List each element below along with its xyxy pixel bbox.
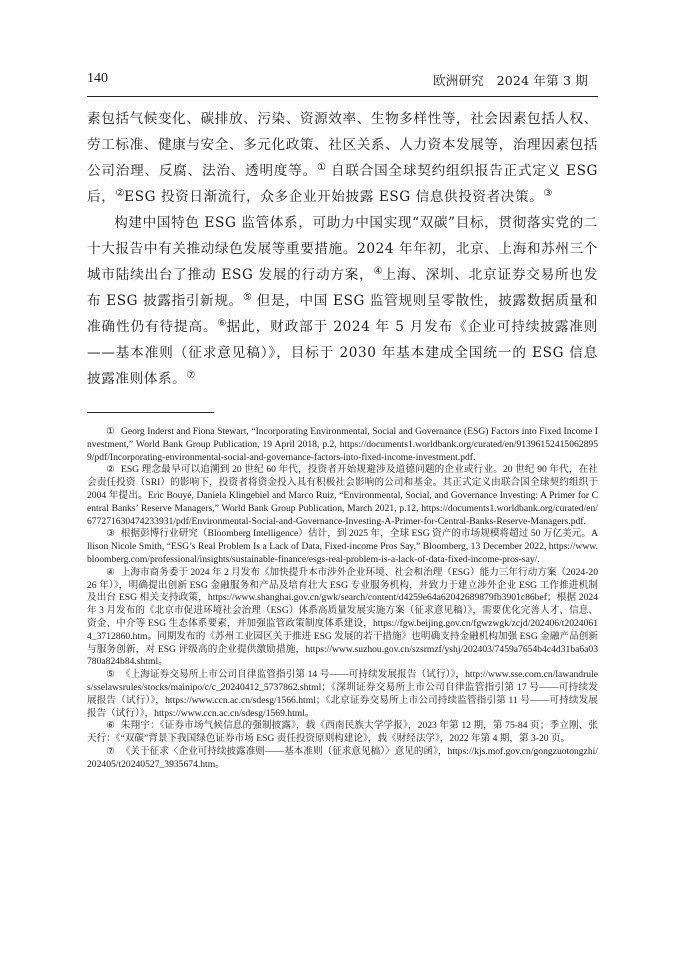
journal-issue: 欧洲研究 2024 年第 3 期	[433, 71, 588, 89]
footnote-4: ④上海市商务委于 2024 年 2 月发布《加快提升本市涉外企业环境、社会和治理…	[87, 567, 598, 669]
paragraph-1: 素包括气候变化、碳排放、污染、资源效率、生物多样性等，社会因素包括人权、劳工标准…	[87, 106, 598, 210]
footnote-ref-4[interactable]: ④	[374, 266, 383, 277]
header-rule	[87, 96, 598, 97]
footnote-ref-2[interactable]: ②	[115, 188, 124, 199]
footnote-6: ⑥朱翔宇：《证券市场气候信息的强制披露》，载《西南民族大学学报》，2023 年第…	[87, 720, 598, 746]
footnote-ref-7[interactable]: ⑦	[186, 370, 195, 381]
page-number: 140	[87, 71, 108, 87]
footnote-ref-1[interactable]: ①	[317, 162, 326, 173]
running-header: 140 欧洲研究 2024 年第 3 期	[87, 68, 598, 90]
footnote-2: ②ESG 理念最早可以追溯到 20 世纪 60 年代，投资者开始规避涉及道德问题…	[87, 464, 598, 528]
body-text: 素包括气候变化、碳排放、污染、资源效率、生物多样性等，社会因素包括人权、劳工标准…	[87, 106, 598, 392]
footnotes: ①Georg Inderst and Fiona Stewart, “Incor…	[87, 426, 598, 772]
footnote-ref-6[interactable]: ⑥	[218, 318, 227, 329]
footnote-1: ①Georg Inderst and Fiona Stewart, “Incor…	[87, 426, 598, 464]
footnote-3: ③根据彭博行业研究（Bloomberg Intelligence）估计，到 20…	[87, 528, 598, 566]
footnote-7: ⑦《关于征求〈企业可持续披露准则——基本准则（征求意见稿）〉意见的函》，http…	[87, 746, 598, 772]
footnote-ref-3[interactable]: ③	[543, 188, 552, 199]
footnote-separator	[87, 412, 214, 413]
footnote-ref-5[interactable]: ⑤	[243, 292, 252, 303]
footnote-5: ⑤《上海证券交易所上市公司自律监管指引第 14 号——可持续发展报告（试行）》，…	[87, 669, 598, 720]
paragraph-2: 构建中国特色 ESG 监管体系，可助力中国实现“双碳”目标，贯彻落实党的二十大报…	[87, 210, 598, 392]
